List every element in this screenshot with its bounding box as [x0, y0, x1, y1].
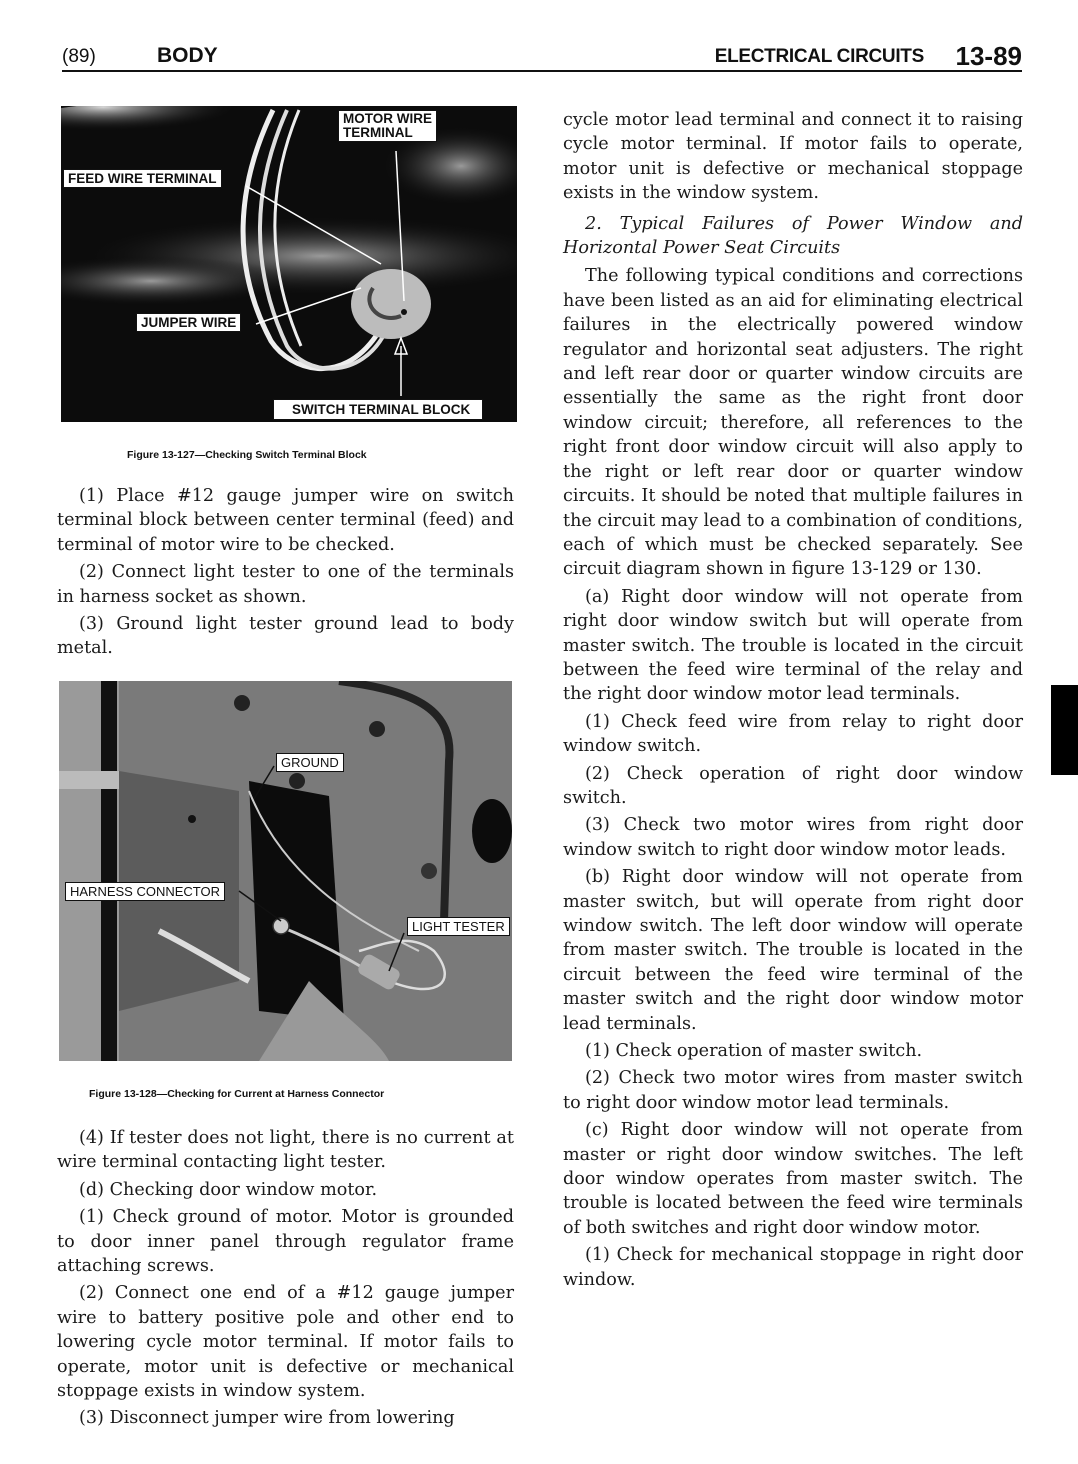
left-column-steps-2: (4) If tester does not light, there is n…	[57, 1126, 514, 1434]
chapter-title: ELECTRICAL CIRCUITS	[715, 46, 924, 68]
step-4-no-current: (4) If tester does not light, there is n…	[57, 1126, 514, 1175]
callout-switch-terminal-block: SWITCH TERMINAL BLOCK	[273, 399, 483, 420]
page-id: 13-89	[956, 41, 1023, 72]
condition-c-step-1: (1) Check for mechanical stoppage in rig…	[563, 1243, 1023, 1292]
page-number: (89)	[62, 46, 96, 68]
left-column-steps-1: (1) Place #12 gauge jumper wire on switc…	[57, 484, 514, 664]
header-rule	[62, 70, 1022, 72]
step-d2-connect-jumper: (2) Connect one end of a #12 gauge jumpe…	[57, 1281, 514, 1403]
photo-switch-terminal-block	[61, 106, 517, 422]
figure-caption-13-128: Figure 13-128—Checking for Current at Ha…	[89, 1088, 384, 1100]
callout-ground: GROUND	[276, 753, 344, 772]
section-title: BODY	[157, 44, 218, 68]
callout-light-tester: LIGHT TESTER	[407, 917, 510, 936]
callout-harness-connector: HARNESS CONNECTOR	[65, 882, 225, 901]
figure-switch-terminal-block: MOTOR WIRE TERMINAL FEED WIRE TERMINAL J…	[61, 106, 517, 422]
condition-a: (a) Right door window will not operate f…	[563, 585, 1023, 707]
condition-a-step-1: (1) Check feed wire from relay to right …	[563, 710, 1023, 759]
callout-jumper-wire: JUMPER WIRE	[136, 313, 241, 332]
intro-paragraph: The following typical conditions and cor…	[563, 264, 1023, 581]
step-1-place-jumper: (1) Place #12 gauge jumper wire on switc…	[57, 484, 514, 557]
step-2-connect-tester: (2) Connect light tester to one of the t…	[57, 560, 514, 609]
step-d1-check-ground: (1) Check ground of motor. Motor is grou…	[57, 1205, 514, 1278]
figure-caption-13-127: Figure 13-127—Checking Switch Terminal B…	[127, 449, 367, 461]
condition-b-step-2: (2) Check two motor wires from master sw…	[563, 1066, 1023, 1115]
callout-motor-wire-terminal: MOTOR WIRE TERMINAL	[338, 110, 437, 142]
figure-harness-connector: GROUND HARNESS CONNECTOR LIGHT TESTER	[59, 681, 512, 1061]
subhead-typical-failures: 2. Typical Failures of Power Window and …	[563, 212, 1023, 261]
step-3-ground-tester: (3) Ground light tester ground lead to b…	[57, 612, 514, 661]
condition-b-step-1: (1) Check operation of master switch.	[563, 1039, 1023, 1063]
condition-a-step-2: (2) Check operation of right door window…	[563, 762, 1023, 811]
condition-c: (c) Right door window will not operate f…	[563, 1118, 1023, 1240]
photo-harness-connector	[59, 681, 512, 1061]
thumb-index-tab	[1051, 685, 1078, 775]
page-header: (89) BODY ELECTRICAL CIRCUITS 13-89	[62, 38, 1022, 74]
callout-motor-wire-terminal-line2: TERMINAL	[343, 126, 432, 140]
right-column: cycle motor lead terminal and connect it…	[563, 108, 1023, 1295]
callout-motor-wire-terminal-line1: MOTOR WIRE	[343, 112, 432, 126]
condition-b: (b) Right door window will not operate f…	[563, 865, 1023, 1036]
callout-feed-wire-terminal: FEED WIRE TERMINAL	[63, 169, 222, 188]
step-d3-disconnect-jumper: (3) Disconnect jumper wire from lowering	[57, 1406, 514, 1430]
step-d-checking-motor: (d) Checking door window motor.	[57, 1178, 514, 1202]
continuation-paragraph: cycle motor lead terminal and connect it…	[563, 108, 1023, 206]
condition-a-step-3: (3) Check two motor wires from right doo…	[563, 813, 1023, 862]
